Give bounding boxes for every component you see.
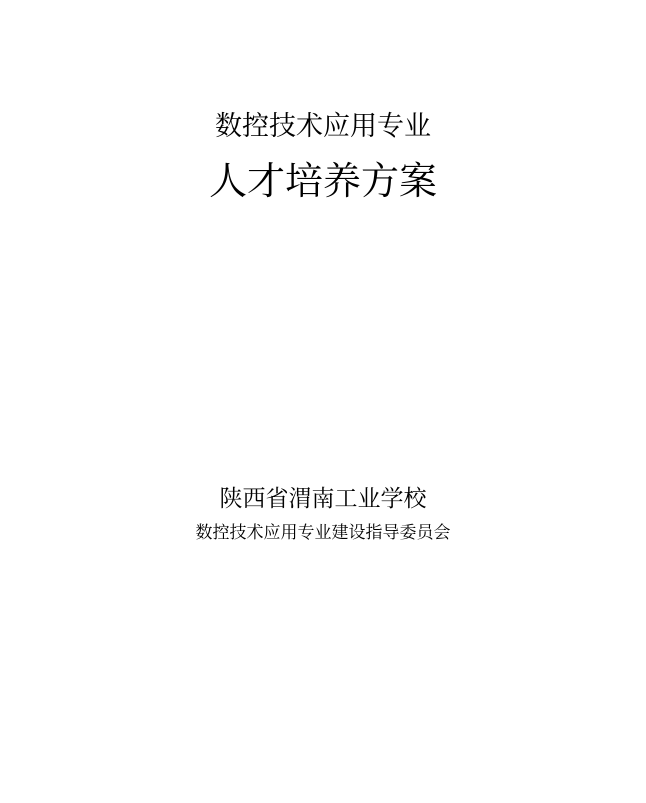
committee-name: 数控技术应用专业建设指导委员会: [0, 522, 646, 544]
document-title: 人才培养方案: [0, 157, 646, 205]
subject-heading: 数控技术应用专业: [0, 110, 646, 144]
school-name: 陕西省渭南工业学校: [0, 484, 646, 514]
